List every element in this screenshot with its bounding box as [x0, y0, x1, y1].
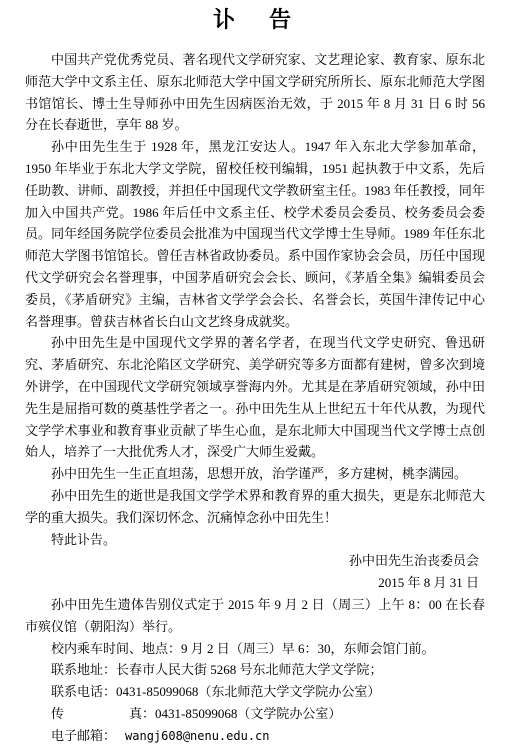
contact-shuttle-line: 校内乘车时间、地点：9 月 2 日（周三）早 6：30，东师会馆门前。 — [25, 638, 485, 660]
document-title: 讣 告 — [25, 5, 485, 35]
contact-email-address: wangj608@nenu.edu.cn — [125, 729, 270, 743]
contact-fax-line: 传 真：0431-85099068（文学院办公室） — [25, 703, 485, 725]
paragraph-biography: 孙中田先生生于 1928 年，黑龙江安达人。1947 年入东北大学参加革命，19… — [25, 136, 485, 332]
paragraph-closing: 特此讣告。 — [25, 529, 485, 551]
paragraph-intro: 中国共产党优秀党员、著名现代文学研究家、文艺理论家、教育家、原东北师范大学中文系… — [25, 49, 485, 136]
paragraph-character: 孙中田先生一生正直坦荡，思想开放，治学谨严，多方建树，桃李满园。 — [25, 463, 485, 485]
signature-date: 2015 年 8 月 31 日 — [25, 572, 485, 594]
contact-address-line: 联系地址：长春市人民大街 5268 号东北师范大学文学院； — [25, 659, 485, 681]
paragraph-ceremony: 孙中田先生遗体告别仪式定于 2015 年 9 月 2 日（周三）上午 8：00 … — [25, 594, 485, 638]
obituary-document: 讣 告 中国共产党优秀党员、著名现代文学研究家、文艺理论家、教育家、原东北师范大… — [0, 0, 519, 756]
contact-phone-line: 联系电话：0431-85099068（东北师范大学文学院办公室） — [25, 681, 485, 703]
paragraph-loss: 孙中田先生的逝世是我国文学学术界和教育界的重大损失，更是东北师范大学的重大损失。… — [25, 485, 485, 529]
signature-committee: 孙中田先生治丧委员会 — [25, 550, 485, 572]
document-body: 中国共产党优秀党员、著名现代文学研究家、文艺理论家、教育家、原东北师范大学中文系… — [25, 49, 485, 748]
contact-email-line: 电子邮箱：wangj608@nenu.edu.cn — [25, 725, 485, 748]
paragraph-achievements: 孙中田先生是中国现代文学界的著名学者，在现当代文学史研究、鲁迅研究、茅盾研究、东… — [25, 332, 485, 463]
contact-email-label: 电子邮箱： — [51, 728, 116, 743]
